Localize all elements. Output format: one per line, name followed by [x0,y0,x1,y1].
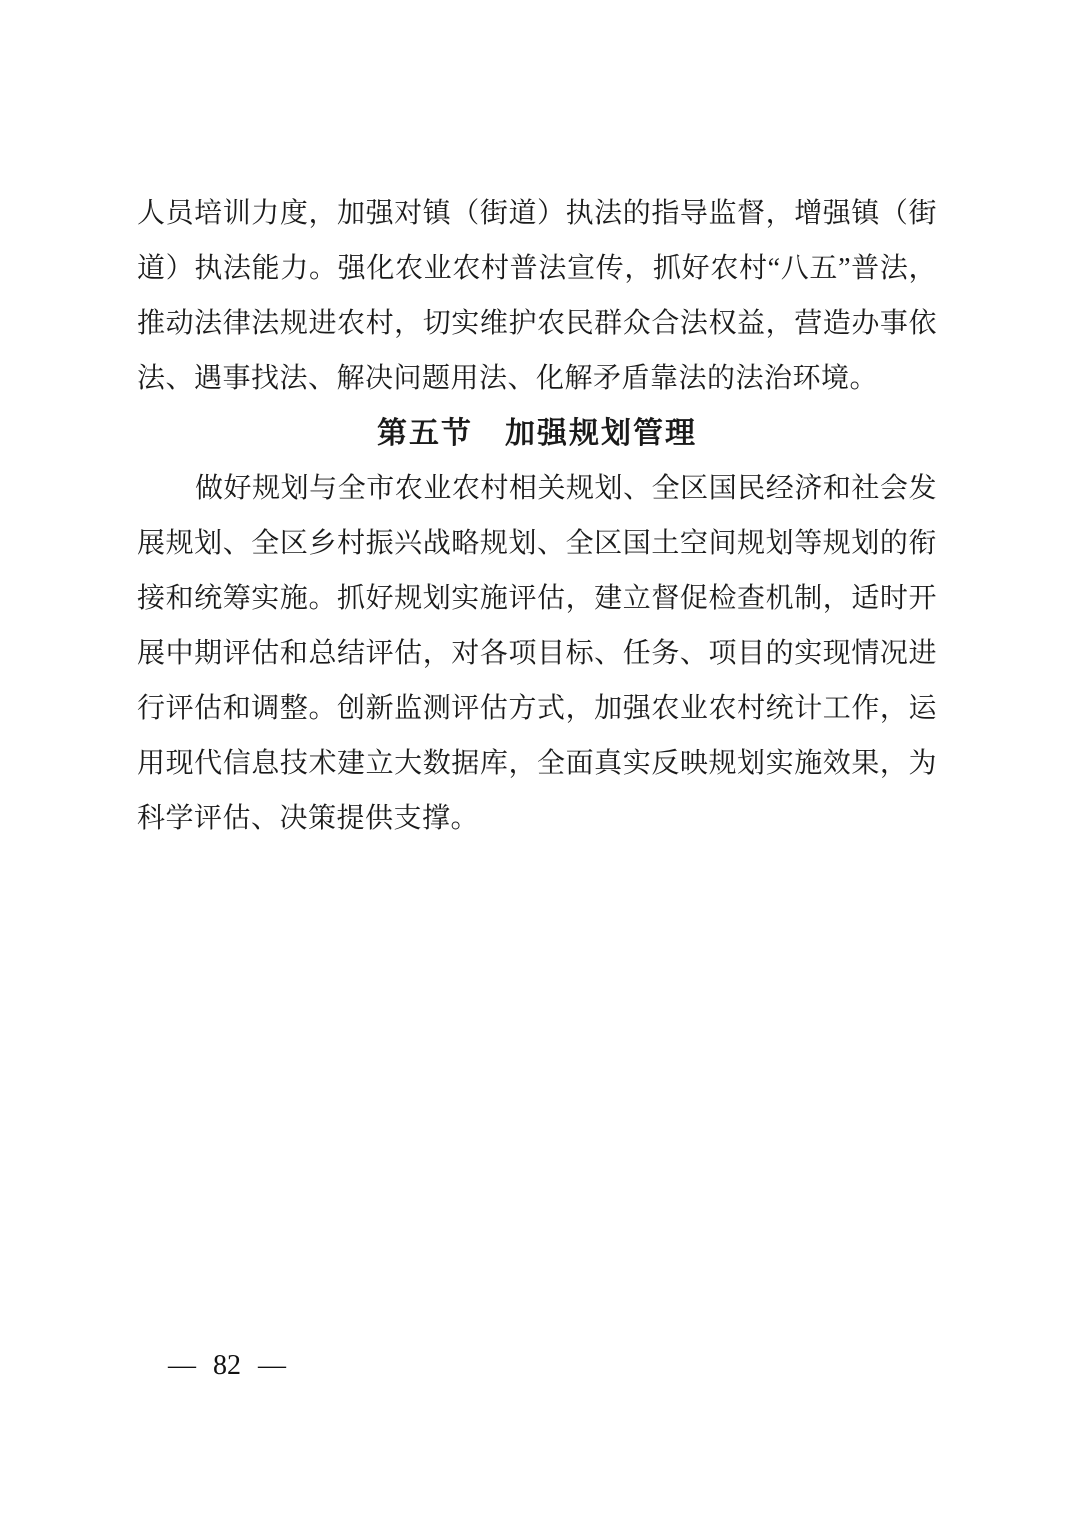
paragraph-body: 做好规划与全市农业农村相关规划、全区国民经济和社会发 展规划、全区乡村振兴战略规… [137,461,937,846]
body-line: 道）执法能力。强化农业农村普法宣传，抓好农村“八五”普法， [137,241,937,296]
body-line: 用现代信息技术建立大数据库，全面真实反映规划实施效果，为 [137,736,937,791]
body-line: 科学评估、决策提供支撑。 [137,791,937,846]
body-line: 法、遇事找法、解决问题用法、化解矛盾靠法的法治环境。 [137,351,937,406]
body-line: 人员培训力度，加强对镇（街道）执法的指导监督，增强镇（街 [137,186,937,241]
body-line: 展规划、全区乡村振兴战略规划、全区国土空间规划等规划的衔 [137,516,937,571]
body-line: 行评估和调整。创新监测评估方式，加强农业农村统计工作，运 [137,681,937,736]
body-line: 做好规划与全市农业农村相关规划、全区国民经济和社会发 [137,461,937,516]
document-page: 人员培训力度，加强对镇（街道）执法的指导监督，增强镇（街 道）执法能力。强化农业… [0,0,1074,1520]
body-line: 接和统筹实施。抓好规划实施评估，建立督促检查机制，适时开 [137,571,937,626]
page-number: — 82 — [168,1346,286,1386]
body-line: 推动法律法规进农村，切实维护农民群众合法权益，营造办事依 [137,296,937,351]
text-block: 人员培训力度，加强对镇（街道）执法的指导监督，增强镇（街 道）执法能力。强化农业… [137,186,937,846]
body-line: 展中期评估和总结评估，对各项目标、任务、项目的实现情况进 [137,626,937,681]
section-heading: 第五节 加强规划管理 [137,406,937,461]
paragraph-continuation: 人员培训力度，加强对镇（街道）执法的指导监督，增强镇（街 道）执法能力。强化农业… [137,186,937,406]
